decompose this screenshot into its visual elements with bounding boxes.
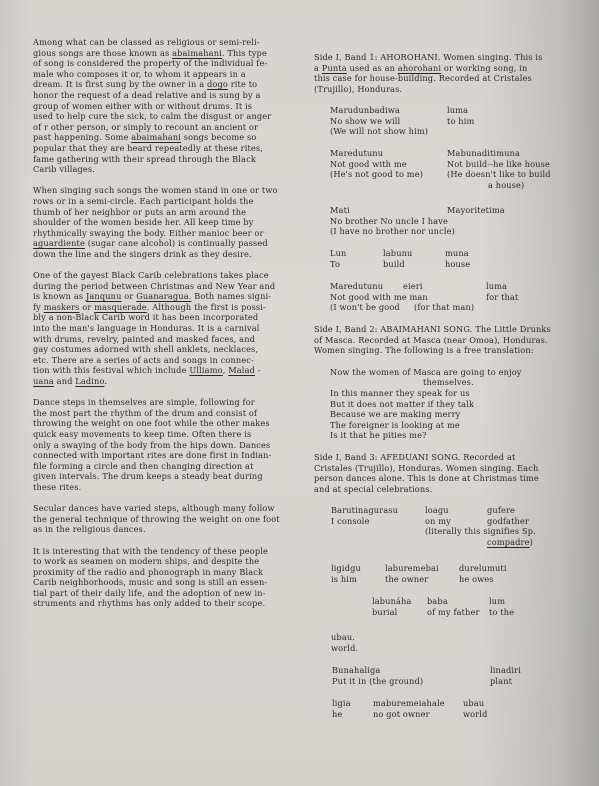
verse-word: on my [425,516,451,527]
band1-intro-line3: this case for house-building. Recorded a… [314,73,532,83]
verse-word: Mati [330,205,350,216]
verse-word: luma [486,281,507,292]
verse-word: Barutinagurasu [331,505,398,516]
verse-word: to him [447,116,474,127]
verse-word: the owner [385,574,428,585]
verse-line: (I won't be good [330,302,400,313]
right-column: Side I, Band 1: AHOROHANI. Women singing… [314,52,586,731]
band3-intro: Side I, Band 3: AFEDUANI SONG. Recorded … [314,452,586,494]
verse-word: eieri [403,281,423,292]
underlined-term: abaimahani [172,48,222,58]
band2-intro-line: of Masca. Recorded at Masca (near Omoa),… [314,335,586,346]
poem-line: Now the women of Masca are going to enjo… [330,367,586,378]
verse-word: muna [445,248,469,259]
underlined-term: masquerade [94,302,147,312]
paragraph: It is interesting that with the tendency… [33,546,301,610]
underlined-term: maskers [44,302,80,312]
paragraph-text: . [104,376,107,386]
paragraph-text: It is interesting that with the tendency… [33,546,268,609]
term-compadre: compadre [487,537,530,547]
verse-word: Marudunbadiwa [330,105,400,116]
verse-word: ubau [463,698,484,709]
left-column: Among what can be classed as religious o… [33,37,301,620]
band2-intro-line: Women singing. The following is a free t… [314,345,586,356]
paragraph: Secular dances have varied steps, althou… [33,503,301,535]
band1-intro-text: used as an [347,63,398,73]
verse-word: Bunahaliga [332,665,380,676]
underlined-term: Guanaragua. [136,291,191,301]
paragraph-text: . Although the first is possi- bly a non… [33,302,266,376]
paragraph: One of the gayest Black Carib celebratio… [33,270,301,387]
scanned-page: Among what can be classed as religious o… [0,0,599,786]
poem-line: In this manner they speak for us [330,388,586,399]
verse-word: a house) [488,180,524,191]
paragraph-text: or [80,302,95,312]
verse-word: lum [489,596,505,607]
verse-word: Mayoritetima [447,205,505,216]
verse-word: plant [490,676,512,687]
poem-line: Is it that he pities me? [330,430,586,441]
verse-word: gufere [487,505,515,516]
verse-word: for that [486,292,518,303]
paragraph-text: When singing such songs the women stand … [33,185,278,237]
verse-line: compadre) [487,537,533,548]
verse-line: No brother No uncle I have [330,216,448,227]
verse-word: ubau. [331,632,355,643]
band1-verse-5: Maredutunu eieri luma Not good with me m… [314,281,586,313]
paragraph-text: Dance steps in themselves are simple, fo… [33,397,272,492]
band3-verse-1: Barutinagurasu I console loagu on my guf… [314,505,586,549]
verse-line: (I have no brother nor uncle) [330,226,455,237]
verse-line: Not good with me man [330,292,428,303]
verse-word: burial [372,607,397,618]
verse-word: (He doesn't like to build [447,169,551,180]
underlined-term: Ulliamo [189,365,222,375]
underlined-term: Malad [228,365,255,375]
verse-word: he [332,709,342,720]
verse-text: ) [530,537,533,547]
underlined-term: uana [33,376,54,386]
band3-intro-line: and at special celebrations. [314,484,586,495]
verse-word: Mabunaditimuna [447,148,520,159]
verse-word: house [445,259,470,270]
verse-line: (literally this signifies Sp. [425,526,536,537]
paragraph: Dance steps in themselves are simple, fo… [33,397,301,492]
verse-word: labunáha [372,596,412,607]
verse-word: laburemebai [385,563,439,574]
verse-word: world [463,709,487,720]
verse-word: is him [331,574,357,585]
band2-translation: Now the women of Masca are going to enjo… [314,367,586,441]
band3-verse-6: ligia he maburemeiahale no got owner uba… [314,698,586,720]
paragraph-text: or [122,291,137,301]
underlined-term: abaimahani [131,132,181,142]
verse-word: ligidgu [331,563,361,574]
paragraph-text: - [255,365,261,375]
paragraph: Among what can be classed as religious o… [33,37,301,175]
verse-word: No show we will [330,116,400,127]
verse-word: durelumuti [459,563,507,574]
verse-word: Lun [330,248,346,259]
band3-intro-line: person dances alone. This is done at Chr… [314,473,586,484]
band1-intro-line4: (Trujillo), Honduras. [314,84,402,94]
verse-line: (for that man) [414,302,474,313]
band3-intro-line: Cristales (Trujillo), Honduras. Women si… [314,463,586,474]
poem-line: The foreigner is looking at me [330,420,586,431]
verse-word: maburemeiahale [373,698,445,709]
verse-word: build [383,259,405,270]
verse-word: I console [331,516,370,527]
verse-word: Put it in (the ground) [332,676,423,687]
poem-line: Because we are making merry [330,409,586,420]
verse-word: he owes [459,574,494,585]
band3-intro-line: Side I, Band 3: AFEDUANI SONG. Recorded … [314,452,586,463]
underlined-term: Janqunu [86,291,122,301]
paragraph-text: Secular dances have varied steps, althou… [33,503,280,534]
verse-word: Maredutunu [330,281,383,292]
band3-verse-5: Bunahaliga Put it in (the ground) linadi… [314,665,586,687]
band2-intro-line: Side I, Band 2: ABAIMAHANI SONG. The Lit… [314,324,586,335]
verse-word: to the [489,607,514,618]
verse-word: labunu [383,248,412,259]
band1-verse-4: Lun To labunu build muna house [314,248,586,270]
verse-word: baba [427,596,448,607]
poem-line: But it does not matter if they talk [330,399,586,410]
underlined-term: aguardiente [33,238,85,248]
term-punta: Punta [322,63,347,73]
verse-word: world. [331,643,358,654]
verse-word: loagu [425,505,449,516]
verse-word: luma [447,105,468,116]
paragraph: When singing such songs the women stand … [33,185,301,259]
band1-intro-line1: Side I, Band 1: AHOROHANI. Women singing… [314,52,543,62]
verse-word: linadiri [490,665,521,676]
term-ahorohani: ahorohani [398,63,441,73]
verse-word: (We will not show him) [330,126,428,137]
band2-intro: Side I, Band 2: ABAIMAHANI SONG. The Lit… [314,324,586,356]
verse-word: Not good with me [330,159,407,170]
poem-line: themselves. [330,377,586,388]
band3-verse-4: ubau. world. [314,632,586,654]
verse-word: ligia [332,698,351,709]
band1-verse-1: Marudunbadiwa No show we will (We will n… [314,105,586,137]
underlined-term: Ladino [75,376,104,386]
verse-word: of my father [427,607,480,618]
band3-verse-3: labunáha burial baba of my father lum to… [314,596,586,618]
underlined-term: dogo [207,79,228,89]
band1-intro-text: a [314,63,322,73]
verse-word: Not build--he like house [447,159,550,170]
band1-intro-text: or working song, in [441,63,527,73]
verse-word: To [330,259,340,270]
verse-word: (He's not good to me) [330,169,423,180]
band3-verse-2: ligidgu is him laburemebai the owner dur… [314,563,586,585]
verse-word: no got owner [373,709,430,720]
band1-verse-3: Mati Mayoritetima No brother No uncle I … [314,205,586,237]
paragraph-text: and [54,376,75,386]
band1-verse-2: Maredutunu Not good with me (He's not go… [314,148,586,191]
verse-word: godfather [487,516,529,527]
verse-word: Maredutunu [330,148,383,159]
band1-intro: Side I, Band 1: AHOROHANI. Women singing… [314,52,586,94]
